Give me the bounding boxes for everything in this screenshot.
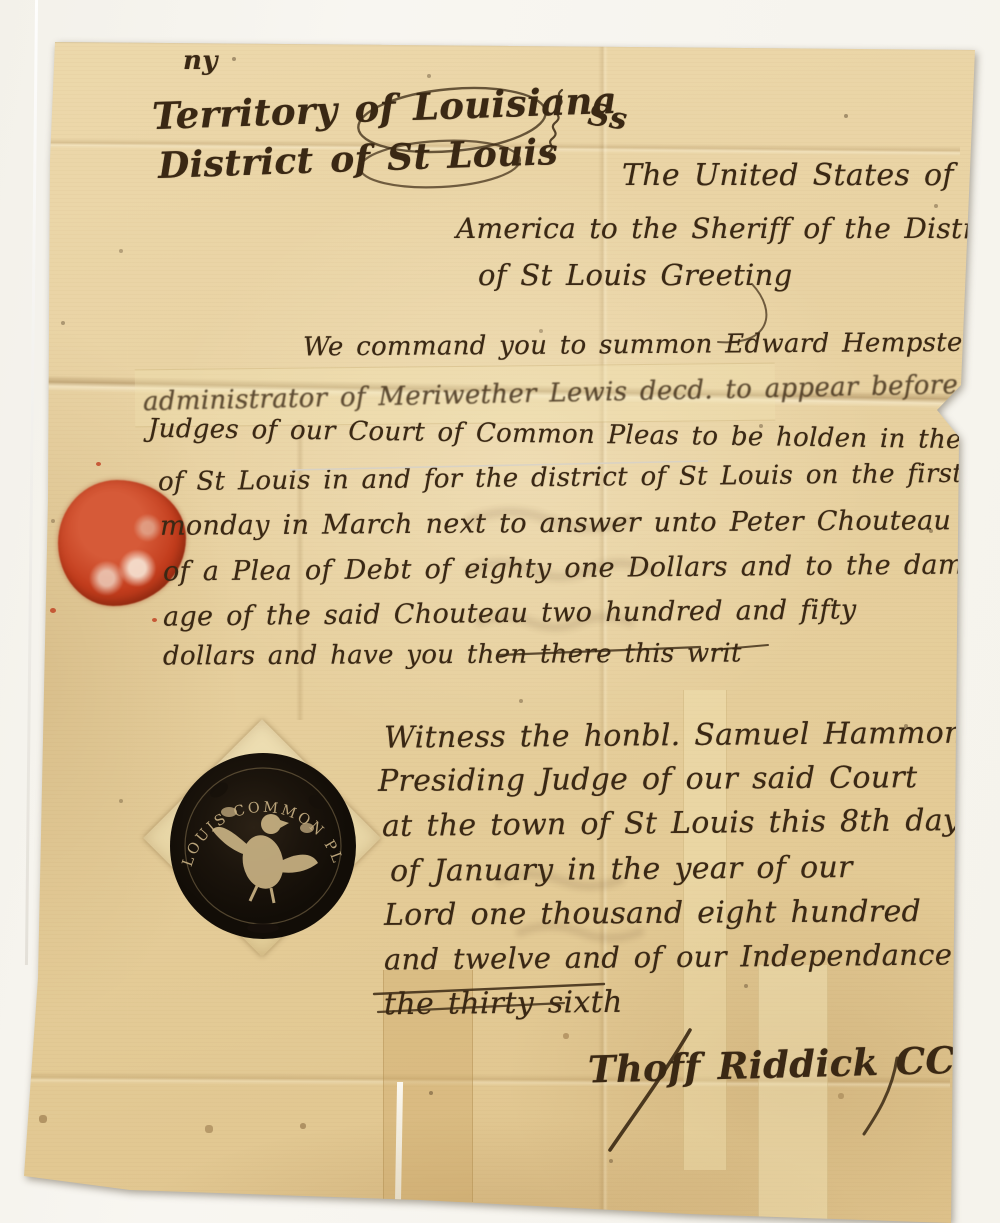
wax-speckle [96,462,101,466]
body-line-7: age of the said Chouteau two hundred and… [163,594,857,632]
caption-line-3: of St Louis Greeting [478,258,792,292]
venue-line-2: District of St Louis [157,131,558,187]
paper-sheet-wrap: ST. LOUIS COMMON PLEAS ny Territory of L… [0,0,1000,1223]
witness-line-6: and twelve and of our Independance [384,938,952,977]
scanned-document: ST. LOUIS COMMON PLEAS ny Territory of L… [0,0,1000,1223]
venue-line-1: Territory of Louisiana [151,78,617,138]
body-line-3: Judges of our Court of Common Pleas to b… [148,414,1000,456]
caption-line-1: The United States of [622,158,954,193]
witness-line-4: of January in the year of our [390,850,853,889]
paper-sheet: ST. LOUIS COMMON PLEAS ny Territory of L… [0,0,1000,1223]
wax-speckle [50,608,56,613]
filing-annotation: ny [183,46,218,76]
witness-line-5: Lord one thousand eight hundred [384,894,921,933]
fold-slit-highlight [395,1082,403,1204]
body-line-4: of St Louis in and for the district of S… [158,459,963,497]
foxing-speckles [0,0,2,2]
body-line-2: administrator of Meriwether Lewis decd. … [143,369,1000,417]
caption-line-2: America to the Sheriff of the District [456,212,1000,245]
witness-line-7: the thirty sixth [384,985,623,1022]
witness-line-3: at the town of St Louis this 8th day [382,803,961,844]
body-line-5: monday in March next to answer unto Pete… [160,505,951,542]
witness-line-2: Presiding Judge of our said Court [378,760,918,799]
ss-mark: Ss [586,97,630,137]
clerk-signature: Thoff Riddick CCCP [587,1036,1000,1091]
witness-line-1: Witness the honbl. Samuel Hammond [384,715,983,755]
wax-speckle [152,618,157,622]
body-line-1: We command you to summon Edward Hempstea… [303,328,996,363]
seal-paper-wafer [143,719,381,957]
body-line-6: of a Plea of Debt of eighty one Dollars … [163,550,964,588]
body-line-8: dollars and have you then there this wri… [163,638,742,671]
tape-strip-vertical-2 [758,965,828,1223]
